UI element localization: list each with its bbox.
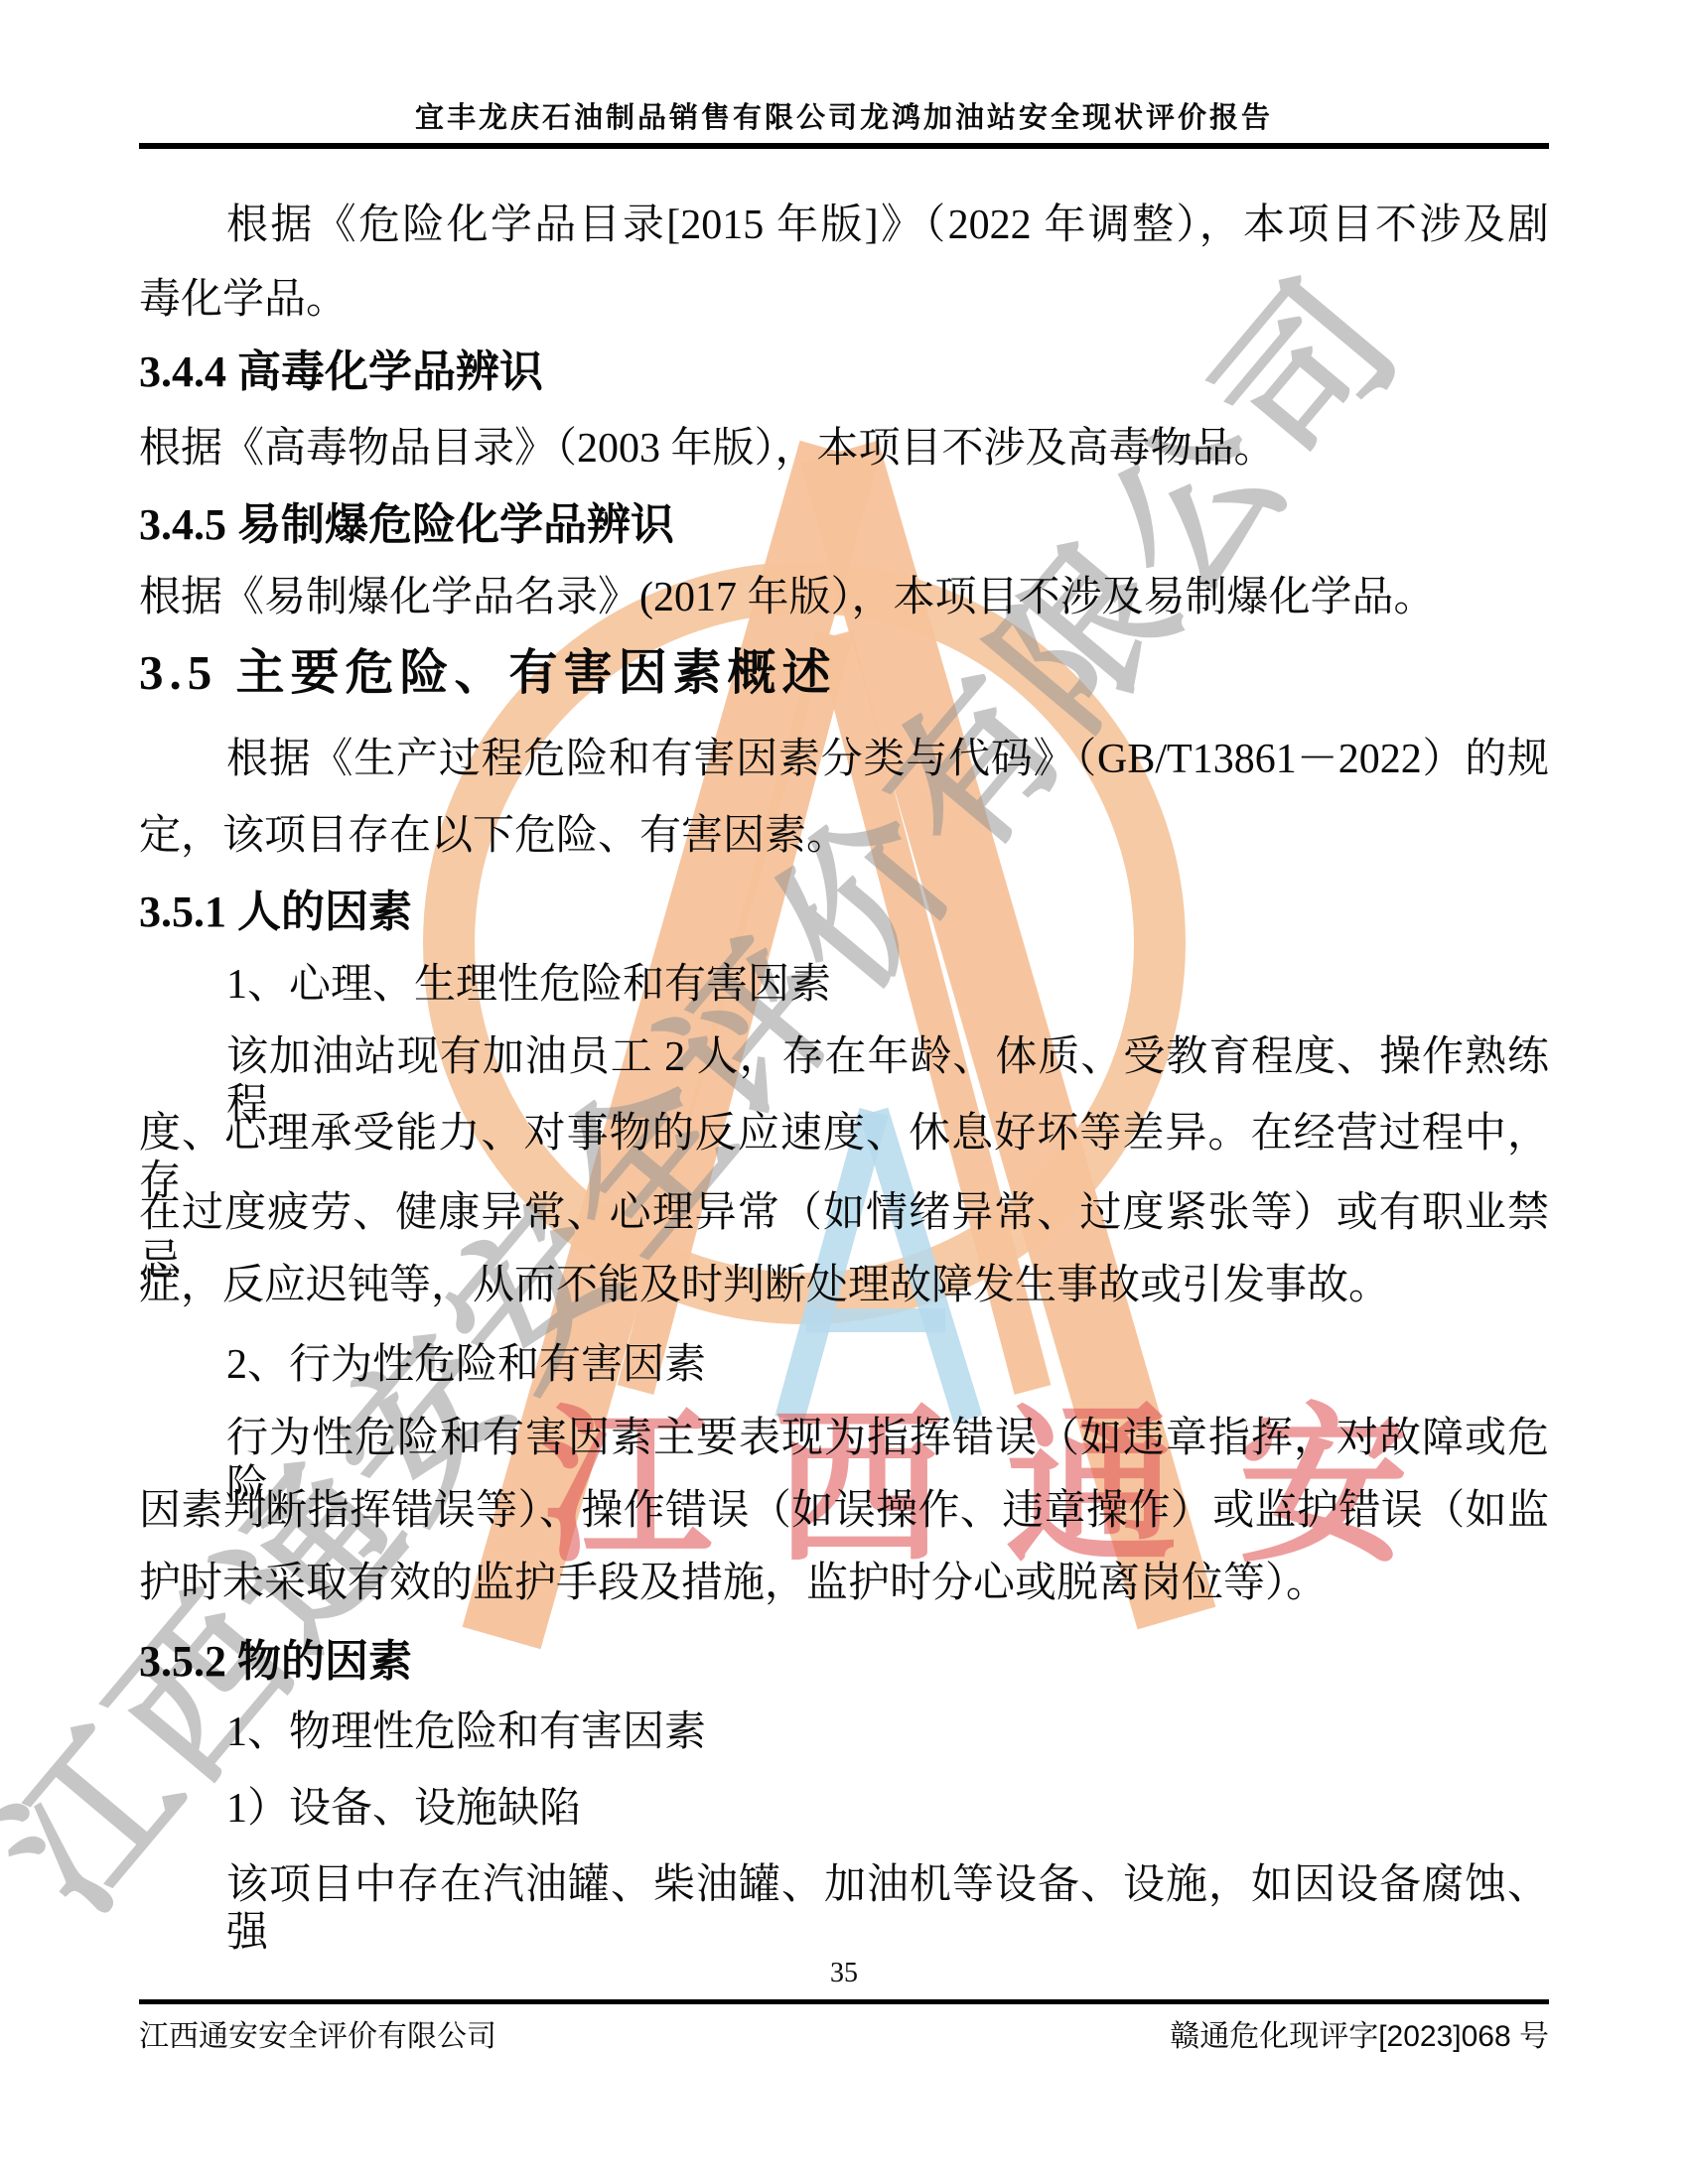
body-line: 根据《危险化学品目录[2015 年版]》（2022 年调整），本项目不涉及剧	[139, 202, 1549, 249]
footer-rule	[139, 1999, 1549, 2004]
page-header-title: 宜丰龙庆石油制品销售有限公司龙鸿加油站安全现状评价报告	[0, 95, 1688, 136]
body-line: 毒化学品。	[139, 276, 1549, 324]
section-heading-3-5-1: 3.5.1 人的因素	[139, 888, 1549, 936]
page-number: 35	[0, 1958, 1688, 1989]
body-line: 因素判断指挥错误等）、操作错误（如误操作、违章操作）或监护错误（如监	[139, 1487, 1549, 1535]
section-heading-3-4-5: 3.4.5 易制爆危险化学品辨识	[139, 501, 1549, 549]
section-heading-3-4-4: 3.4.4 高毒化学品辨识	[139, 348, 1549, 396]
body-line: 1、物理性危险和有害因素	[139, 1708, 1549, 1756]
body-line: 护时未采取有效的监护手段及措施，监护时分心或脱离岗位等）。	[139, 1560, 1549, 1607]
body-line: 2、行为性危险和有害因素	[139, 1341, 1549, 1389]
body-line: 根据《生产过程危险和有害因素分类与代码》（GB/T13861－2022）的规	[139, 736, 1549, 783]
body-line: 1）设备、设施缺陷	[139, 1785, 1549, 1833]
header-rule	[139, 143, 1549, 149]
footer-company-name: 江西通安安全评价有限公司	[139, 2011, 496, 2055]
report-page: 江西通安安全评价有限公司 江西通安 宜丰龙庆石油制品销售有限公司龙鸿加油站安全现…	[0, 0, 1688, 2184]
body-line: 症，反应迟钝等，从而不能及时判断处理故障发生事故或引发事故。	[139, 1262, 1549, 1309]
body-line: 根据《高毒物品目录》（2003 年版），本项目不涉及高毒物品。	[139, 425, 1549, 473]
body-line: 1、心理、生理性危险和有害因素	[139, 961, 1549, 1009]
section-heading-3-5: 3.5 主要危险、有害因素概述	[139, 649, 1549, 697]
body-line: 该项目中存在汽油罐、柴油罐、加油机等设备、设施，如因设备腐蚀、强	[139, 1861, 1549, 1957]
body-line: 定，该项目存在以下危险、有害因素。	[139, 812, 1549, 860]
footer-document-number: 赣通危化现评字[2023]068 号	[1170, 2011, 1549, 2055]
body-line: 根据《易制爆化学品名录》(2017 年版），本项目不涉及易制爆化学品。	[139, 574, 1549, 621]
document-content: 宜丰龙庆石油制品销售有限公司龙鸿加油站安全现状评价报告 根据《危险化学品目录[2…	[0, 0, 1688, 2184]
section-heading-3-5-2: 3.5.2 物的因素	[139, 1638, 1549, 1686]
